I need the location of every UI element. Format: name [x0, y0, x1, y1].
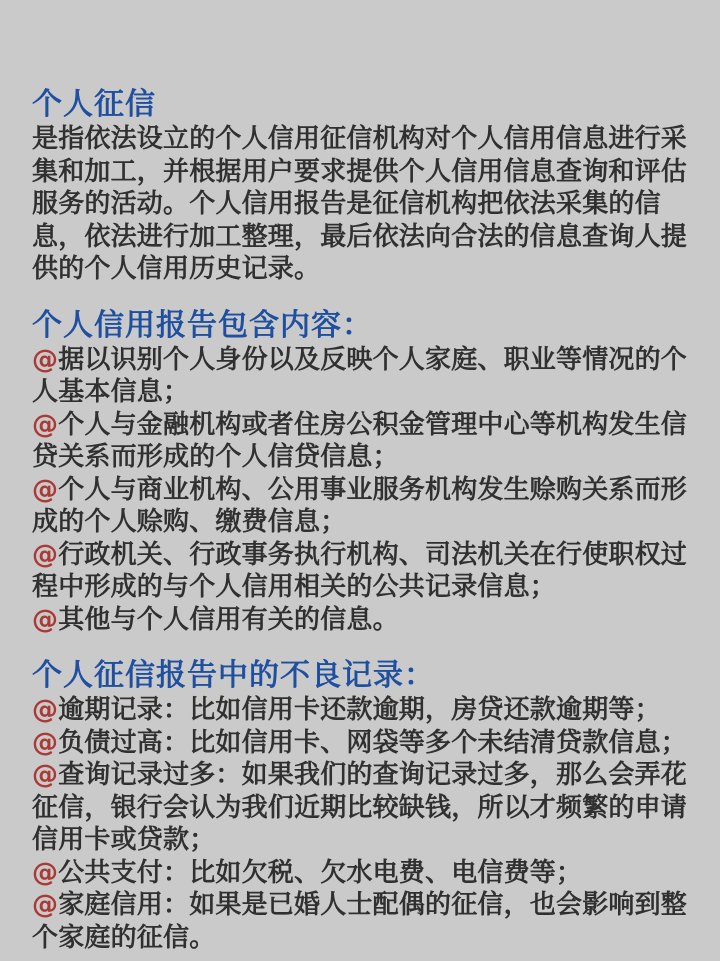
list-item: @个人与金融机构或者住房公积金管理中心等机构发生信贷关系而形成的个人信贷信息；	[32, 409, 692, 474]
list-item: @查询记录过多：如果我们的查询记录过多，那么会弄花征信，银行会认为我们近期比较缺…	[32, 759, 692, 857]
list-item-text: 查询记录过多：如果我们的查询记录过多，那么会弄花征信，银行会认为我们近期比较缺钱…	[32, 760, 687, 855]
list-item-text: 公共支付：比如欠税、欠水电费、电信费等；	[58, 858, 582, 888]
bad-records-heading: 个人征信报告中的不良记录：	[32, 657, 692, 694]
list-item: @家庭信用：如果是已婚人士配偶的征信，也会影响到整个家庭的征信。	[32, 889, 692, 954]
list-item: @公共支付：比如欠税、欠水电费、电信费等；	[32, 857, 692, 890]
section-bad-records: 个人征信报告中的不良记录： @逾期记录：比如信用卡还款逾期，房贷还款逾期等； @…	[32, 657, 692, 954]
at-bullet-icon: @	[32, 410, 58, 440]
list-item-text: 个人与商业机构、公用事业服务机构发生赊购关系而形成的个人赊购、缴费信息；	[32, 475, 687, 538]
list-item-text: 其他与个人信用有关的信息。	[58, 605, 399, 635]
at-bullet-icon: @	[32, 605, 58, 635]
list-item-text: 行政机关、行政事务执行机构、司法机关在行使职权过程中形成的与个人信用相关的公共记…	[32, 540, 687, 603]
section-intro: 个人征信 是指依法设立的个人信用征信机构对个人信用信息进行采集和加工，并根据用户…	[32, 86, 692, 286]
at-bullet-icon: @	[32, 695, 58, 725]
list-item: @个人与商业机构、公用事业服务机构发生赊购关系而形成的个人赊购、缴费信息；	[32, 474, 692, 539]
list-item-text: 个人与金融机构或者住房公积金管理中心等机构发生信贷关系而形成的个人信贷信息；	[32, 410, 687, 473]
at-bullet-icon: @	[32, 728, 58, 758]
at-bullet-icon: @	[32, 890, 58, 920]
report-contents-heading: 个人信用报告包含内容：	[32, 307, 692, 344]
at-bullet-icon: @	[32, 475, 58, 505]
intro-paragraph: 是指依法设立的个人信用征信机构对个人信用信息进行采集和加工，并根据用户要求提供个…	[32, 123, 692, 286]
list-item-text: 逾期记录：比如信用卡还款逾期，房贷还款逾期等；	[58, 695, 661, 725]
intro-heading: 个人征信	[32, 86, 692, 123]
list-item: @其他与个人信用有关的信息。	[32, 604, 692, 637]
list-item: @逾期记录：比如信用卡还款逾期，房贷还款逾期等；	[32, 694, 692, 727]
at-bullet-icon: @	[32, 858, 58, 888]
section-report-contents: 个人信用报告包含内容： @据以识别个人身份以及反映个人家庭、职业等情况的个人基本…	[32, 307, 692, 637]
at-bullet-icon: @	[32, 345, 58, 375]
list-item-text: 负债过高：比如信用卡、网袋等多个未结清贷款信息；	[58, 728, 687, 758]
list-item: @负债过高：比如信用卡、网袋等多个未结清贷款信息；	[32, 727, 692, 760]
list-item-text: 家庭信用：如果是已婚人士配偶的征信，也会影响到整个家庭的征信。	[32, 890, 687, 953]
at-bullet-icon: @	[32, 760, 58, 790]
personal-credit-poster: 个人征信 是指依法设立的个人信用征信机构对个人信用信息进行采集和加工，并根据用户…	[0, 0, 720, 961]
at-bullet-icon: @	[32, 540, 58, 570]
list-item-text: 据以识别个人身份以及反映个人家庭、职业等情况的个人基本信息；	[32, 345, 687, 408]
list-item: @行政机关、行政事务执行机构、司法机关在行使职权过程中形成的与个人信用相关的公共…	[32, 539, 692, 604]
list-item: @据以识别个人身份以及反映个人家庭、职业等情况的个人基本信息；	[32, 344, 692, 409]
